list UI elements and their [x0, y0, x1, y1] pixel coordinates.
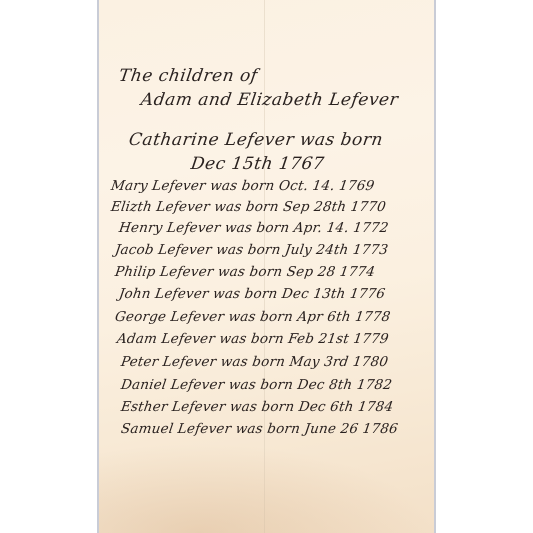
heading-line-2: Adam and Elizabeth Lefever [140, 90, 400, 110]
entry-elizabeth: Elizth Lefever was born Sep 28th 1770 [110, 199, 387, 215]
entry-samuel: Samuel Lefever was born June 26 1786 [120, 421, 399, 437]
entry-george: George Lefever was born Apr 6th 1778 [114, 309, 392, 325]
first-entry-line-2: Dec 15th 1767 [190, 154, 326, 174]
entry-john: John Lefever was born Dec 13th 1776 [118, 286, 386, 302]
heading-line-1: The children of [118, 66, 259, 86]
entry-esther: Esther Lefever was born Dec 6th 1784 [120, 399, 394, 415]
entry-daniel: Daniel Lefever was born Dec 8th 1782 [120, 377, 393, 393]
entry-peter: Peter Lefever was born May 3rd 1780 [120, 354, 389, 370]
entry-mary: Mary Lefever was born Oct. 14. 1769 [110, 178, 376, 194]
handwritten-page: The children of Adam and Elizabeth Lefev… [97, 0, 436, 533]
first-entry-line-1: Catharine Lefever was born [128, 130, 385, 150]
entry-philip: Philip Lefever was born Sep 28 1774 [114, 264, 376, 280]
entry-henry: Henry Lefever was born Apr. 14. 1772 [118, 220, 390, 236]
entry-adam: Adam Lefever was born Feb 21st 1779 [116, 331, 390, 347]
entry-jacob: Jacob Lefever was born July 24th 1773 [114, 242, 389, 258]
